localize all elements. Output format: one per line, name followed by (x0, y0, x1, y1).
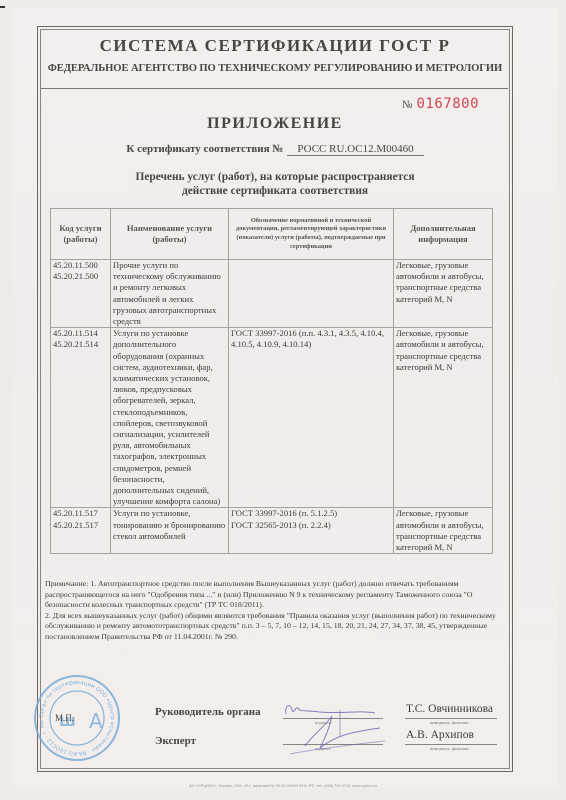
serial-number: №0167800 (402, 96, 479, 112)
agency-name: ФЕДЕРАЛЬНОЕ АГЕНТСТВО ПО ТЕХНИЧЕСКОМУ РЕ… (40, 63, 510, 74)
notes: Примечание: 1. Автотранспортное средство… (45, 579, 505, 643)
print-info: АО «ОПЦИОН», Москва, 2011, «Б», лицензия… (0, 784, 566, 788)
annex-title: ПРИЛОЖЕНИЕ (40, 115, 510, 133)
system-title: СИСТЕМА СЕРТИФИКАЦИИ ГОСТ Р (40, 36, 510, 56)
service-docs: ГОСТ 33997-2016 (п.п. 4.3.1, 4.3.5, 4.10… (229, 328, 394, 508)
head-name: Т.С. Овчинникова (406, 703, 493, 715)
head-name-caption: инициалы, фамилия (430, 720, 469, 725)
service-name: Услуги по установке, тонированию и брони… (111, 508, 229, 554)
header-divider (41, 88, 508, 89)
service-docs: ГОСТ 33997-2016 (п. 5.1.2.5) ГОСТ 32565-… (229, 508, 394, 554)
services-table: Код услуги (работы) Наименование услуги … (50, 208, 493, 554)
cert-number: РОСС RU.ОС12.М00460 (287, 143, 423, 156)
service-name: Услуги по установке дополнительного обор… (111, 328, 229, 508)
expert-name: А.В. Архипов (406, 729, 474, 741)
note-2: 2. Для всех вышеуказанных услуг (работ) … (45, 611, 505, 643)
signature-scribble-icon (280, 696, 390, 756)
crop-mark (0, 6, 5, 8)
cert-label: К сертификату соответствия № (126, 143, 283, 155)
header-name: Наименование услуги (работы) (111, 209, 229, 260)
stamp-label: М.П. (55, 713, 74, 723)
expert-name-caption: инициалы, фамилия (430, 746, 469, 751)
head-name-line (405, 718, 497, 719)
service-name: Прочие услуги по техническому обслуживан… (111, 260, 229, 328)
header-docs: Обозначение нормативной и технической до… (229, 209, 394, 260)
serial-value: 0167800 (417, 96, 480, 112)
service-info: Легковые, грузовые автомобили и автобусы… (394, 260, 493, 328)
head-label: Руководитель органа (155, 706, 261, 718)
list-title: Перечень услуг (работ), на которые распр… (40, 170, 510, 198)
table-row: 45.20.11.514 45.20.21.514 Услуги по уста… (51, 328, 493, 508)
service-info: Легковые, грузовые автомобили и автобусы… (394, 328, 493, 508)
service-codes: 45.20.11.500 45.20.21.500 (51, 260, 111, 328)
service-codes: 45.20.11.514 45.20.21.514 (51, 328, 111, 508)
list-title-line1: Перечень услуг (работ), на которые распр… (40, 170, 510, 184)
seal-stamp-icon: Орган по сертификации ООО «Центр испытан… (33, 674, 121, 762)
header-code: Код услуги (работы) (51, 209, 111, 260)
list-title-line2: действие сертификата соответствия (40, 184, 510, 198)
note-1: Примечание: 1. Автотранспортное средство… (45, 579, 505, 611)
expert-label: Эксперт (155, 735, 196, 747)
table-row: 45.20.11.500 45.20.21.500 Прочие услуги … (51, 260, 493, 328)
svg-text:A: A (89, 709, 103, 733)
table-row: 45.20.11.517 45.20.21.517 Услуги по уста… (51, 508, 493, 554)
service-info: Легковые, грузовые автомобили и автобусы… (394, 508, 493, 554)
expert-name-line (405, 744, 497, 745)
serial-prefix: № (402, 99, 413, 111)
service-docs (229, 260, 394, 328)
certificate-reference: К сертификату соответствия №РОСС RU.ОС12… (40, 143, 510, 156)
table-header-row: Код услуги (работы) Наименование услуги … (51, 209, 493, 260)
header-info: Дополнительная информация (394, 209, 493, 260)
service-codes: 45.20.11.517 45.20.21.517 (51, 508, 111, 554)
